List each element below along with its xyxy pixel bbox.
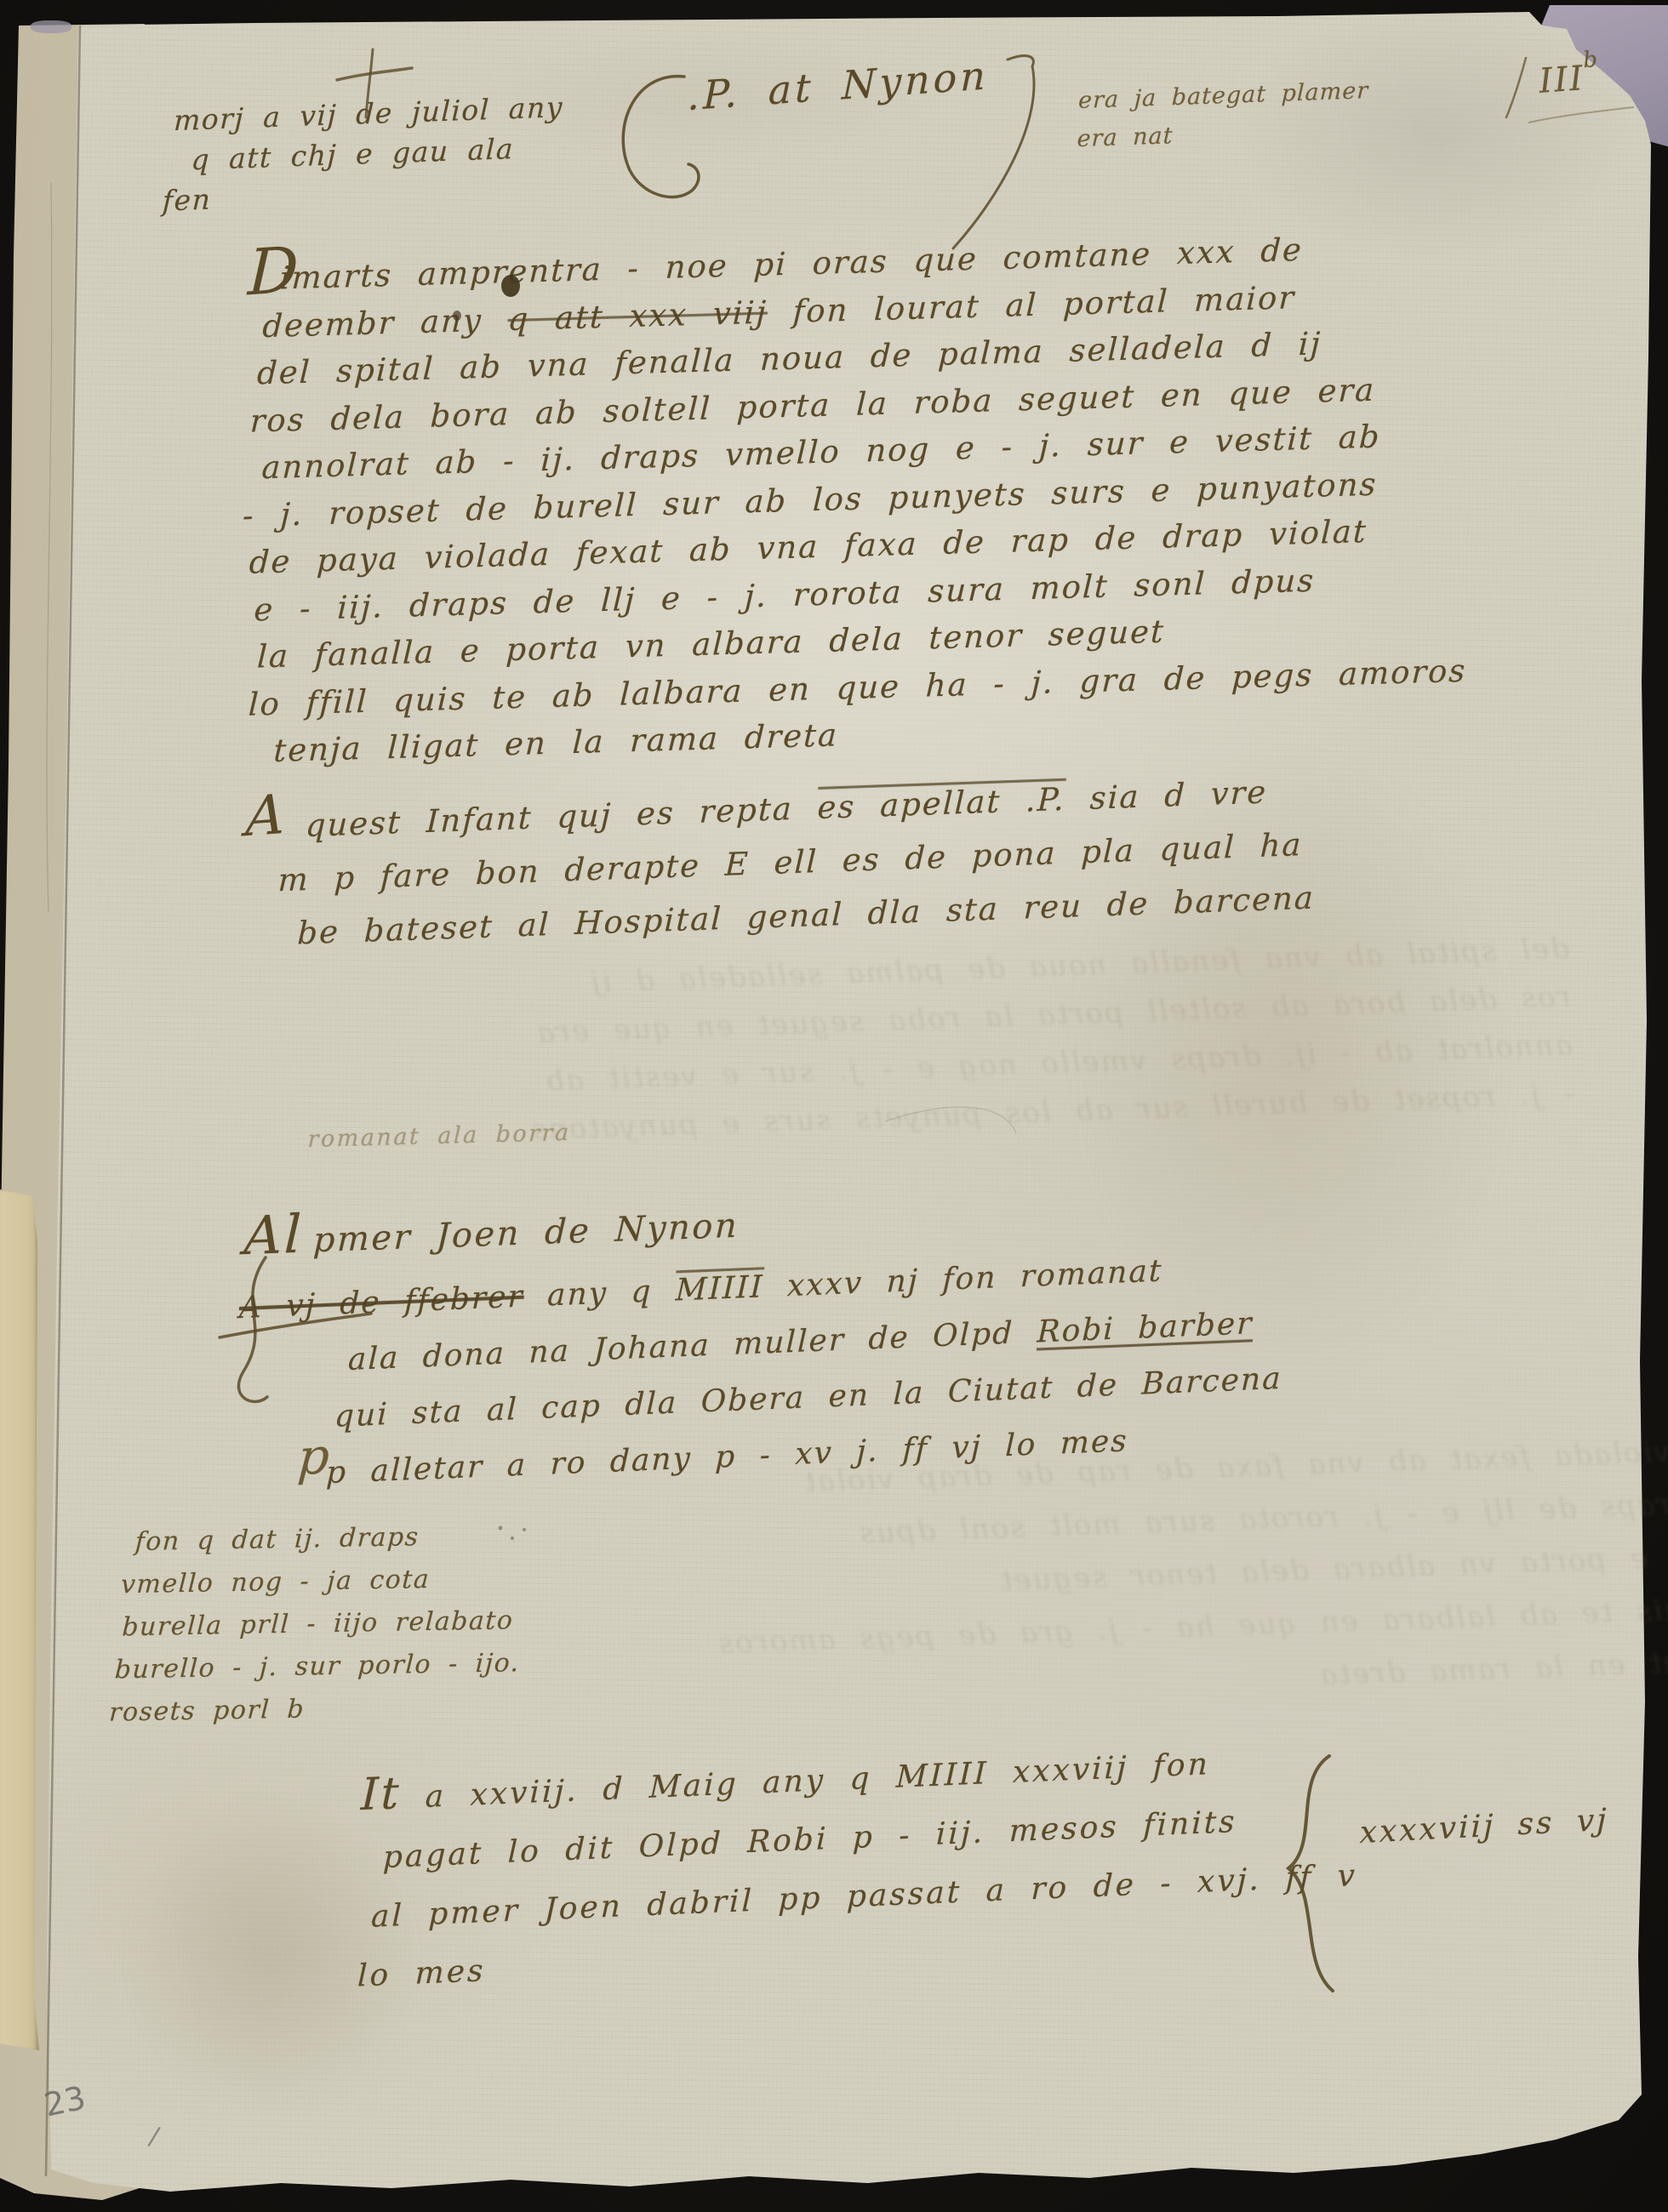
header-baptism-note: era ja bategat plamer era nat	[1077, 71, 1369, 158]
underlined-name: Robi barber	[1037, 1306, 1254, 1349]
folio-number: IIIb	[1537, 47, 1602, 101]
strikethrough-text: q att xxx viij	[507, 294, 768, 338]
entry-arrival-paragraph: imarts amprentra - noe pi oras que comta…	[243, 221, 1485, 775]
paragraph-flourish: p	[296, 1426, 332, 1486]
tape-smudge	[31, 20, 71, 33]
overlined-text: es apellat .P.	[817, 781, 1066, 826]
margin-note-death: morj a vij de juliol any q att chj e gau…	[170, 87, 564, 220]
overlined-numeral: MIIII	[675, 1269, 764, 1308]
clothing-margin-note: fon q dat ij. draps vmello nog - ja cota…	[125, 1514, 528, 1734]
payment-paragraph: It a xxviij. d Maig any q MIIII xxxviij …	[355, 1725, 1362, 2006]
item-mark: It	[360, 1768, 402, 1821]
wetnurse-paragraph: A vj de ffebrer any q MIIII xxxv nj fon …	[233, 1239, 1286, 1506]
strikethrough-text: A vj de ffebrer	[238, 1280, 524, 1326]
manuscript-photo: del spital ab vna fenalla noua de palma …	[0, 0, 1668, 2212]
paper-slip-edge	[0, 1189, 39, 2050]
show-through-text: del spital ab vna fenalla noua de palma …	[524, 925, 1574, 1155]
